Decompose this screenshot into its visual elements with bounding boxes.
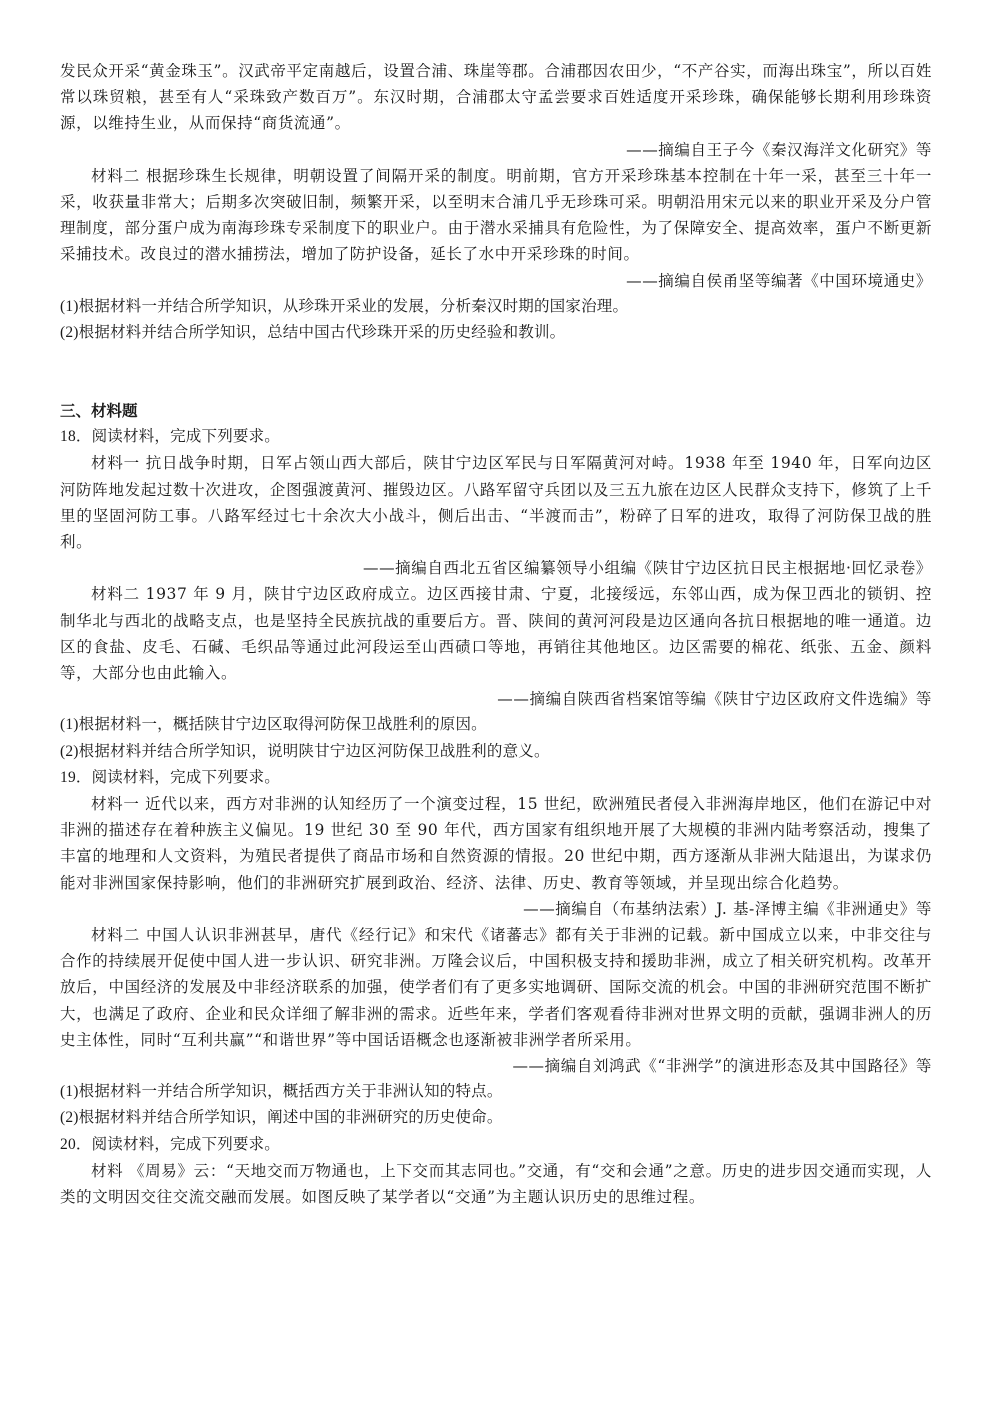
q18-material1-text: 材料一 抗日战争时期，日军占领山西大部后，陕甘宁边区军民与日军隔黄河对峙。193… (60, 450, 932, 555)
question-17-continued: 发民众开采“黄金珠玉”。汉武帝平定南越后，设置合浦、珠崖等郡。合浦郡因农田少，“… (60, 58, 932, 346)
q18-prompt: 18．阅读材料，完成下列要求。 (60, 424, 932, 450)
q17-subquestion-1: (1)根据材料一并结合所学知识，从珍珠开采业的发展，分析秦汉时期的国家治理。 (60, 294, 932, 320)
q19-material2-source: ——摘编自刘鸿武《“非洲学”的演进形态及其中国路径》等 (60, 1053, 932, 1079)
q19-prompt: 19．阅读材料，完成下列要求。 (60, 765, 932, 791)
exam-page: 发民众开采“黄金珠玉”。汉武帝平定南越后，设置合浦、珠崖等郡。合浦郡因农田少，“… (60, 58, 932, 1210)
section-heading: 三、材料题 (60, 398, 932, 424)
q19-material1-source: ——摘编自（布基纳法索）J. 基-泽博主编《非洲通史》等 (60, 896, 932, 922)
q18-material1-source: ——摘编自西北五省区编纂领导小组编《陕甘宁边区抗日民主根据地·回忆录卷》 (60, 555, 932, 581)
question-19: 19．阅读材料，完成下列要求。 材料一 近代以来，西方对非洲的认知经历了一个演变… (60, 765, 932, 1132)
q19-subquestion-1: (1)根据材料一并结合所学知识，概括西方关于非洲认知的特点。 (60, 1079, 932, 1105)
q19-subquestion-2: (2)根据材料并结合所学知识，阐述中国的非洲研究的历史使命。 (60, 1105, 932, 1131)
q20-material-text: 材料 《周易》云：“天地交而万物通也，上下交而其志同也。”交通，有“交和会通”之… (60, 1158, 932, 1210)
q18-material2-source: ——摘编自陕西省档案馆等编《陕甘宁边区政府文件选编》等 (60, 686, 932, 712)
q17-material1-text: 发民众开采“黄金珠玉”。汉武帝平定南越后，设置合浦、珠崖等郡。合浦郡因农田少，“… (60, 58, 932, 137)
question-20: 20．阅读材料，完成下列要求。 材料 《周易》云：“天地交而万物通也，上下交而其… (60, 1132, 932, 1211)
q19-material2-text: 材料二 中国人认识非洲甚早，唐代《经行记》和宋代《诸蕃志》都有关于非洲的记载。新… (60, 922, 932, 1053)
q19-material1-text: 材料一 近代以来，西方对非洲的认知经历了一个演变过程，15 世纪，欧洲殖民者侵入… (60, 791, 932, 896)
q20-prompt: 20．阅读材料，完成下列要求。 (60, 1132, 932, 1158)
q18-subquestion-2: (2)根据材料并结合所学知识，说明陕甘宁边区河防保卫战胜利的意义。 (60, 739, 932, 765)
q17-material2-text: 材料二 根据珍珠生长规律，明朝设置了间隔开采的制度。明前期，官方开采珍珠基本控制… (60, 163, 932, 268)
q17-material2-source: ——摘编自侯甬坚等编著《中国环境通史》 (60, 268, 932, 294)
q17-material1-source: ——摘编自王子今《秦汉海洋文化研究》等 (60, 137, 932, 163)
q18-material2-text: 材料二 1937 年 9 月，陕甘宁边区政府成立。边区西接甘肃、宁夏，北接绥远，… (60, 581, 932, 686)
q17-subquestion-2: (2)根据材料并结合所学知识，总结中国古代珍珠开采的历史经验和教训。 (60, 320, 932, 346)
q18-subquestion-1: (1)根据材料一，概括陕甘宁边区取得河防保卫战胜利的原因。 (60, 712, 932, 738)
question-18: 18．阅读材料，完成下列要求。 材料一 抗日战争时期，日军占领山西大部后，陕甘宁… (60, 424, 932, 765)
